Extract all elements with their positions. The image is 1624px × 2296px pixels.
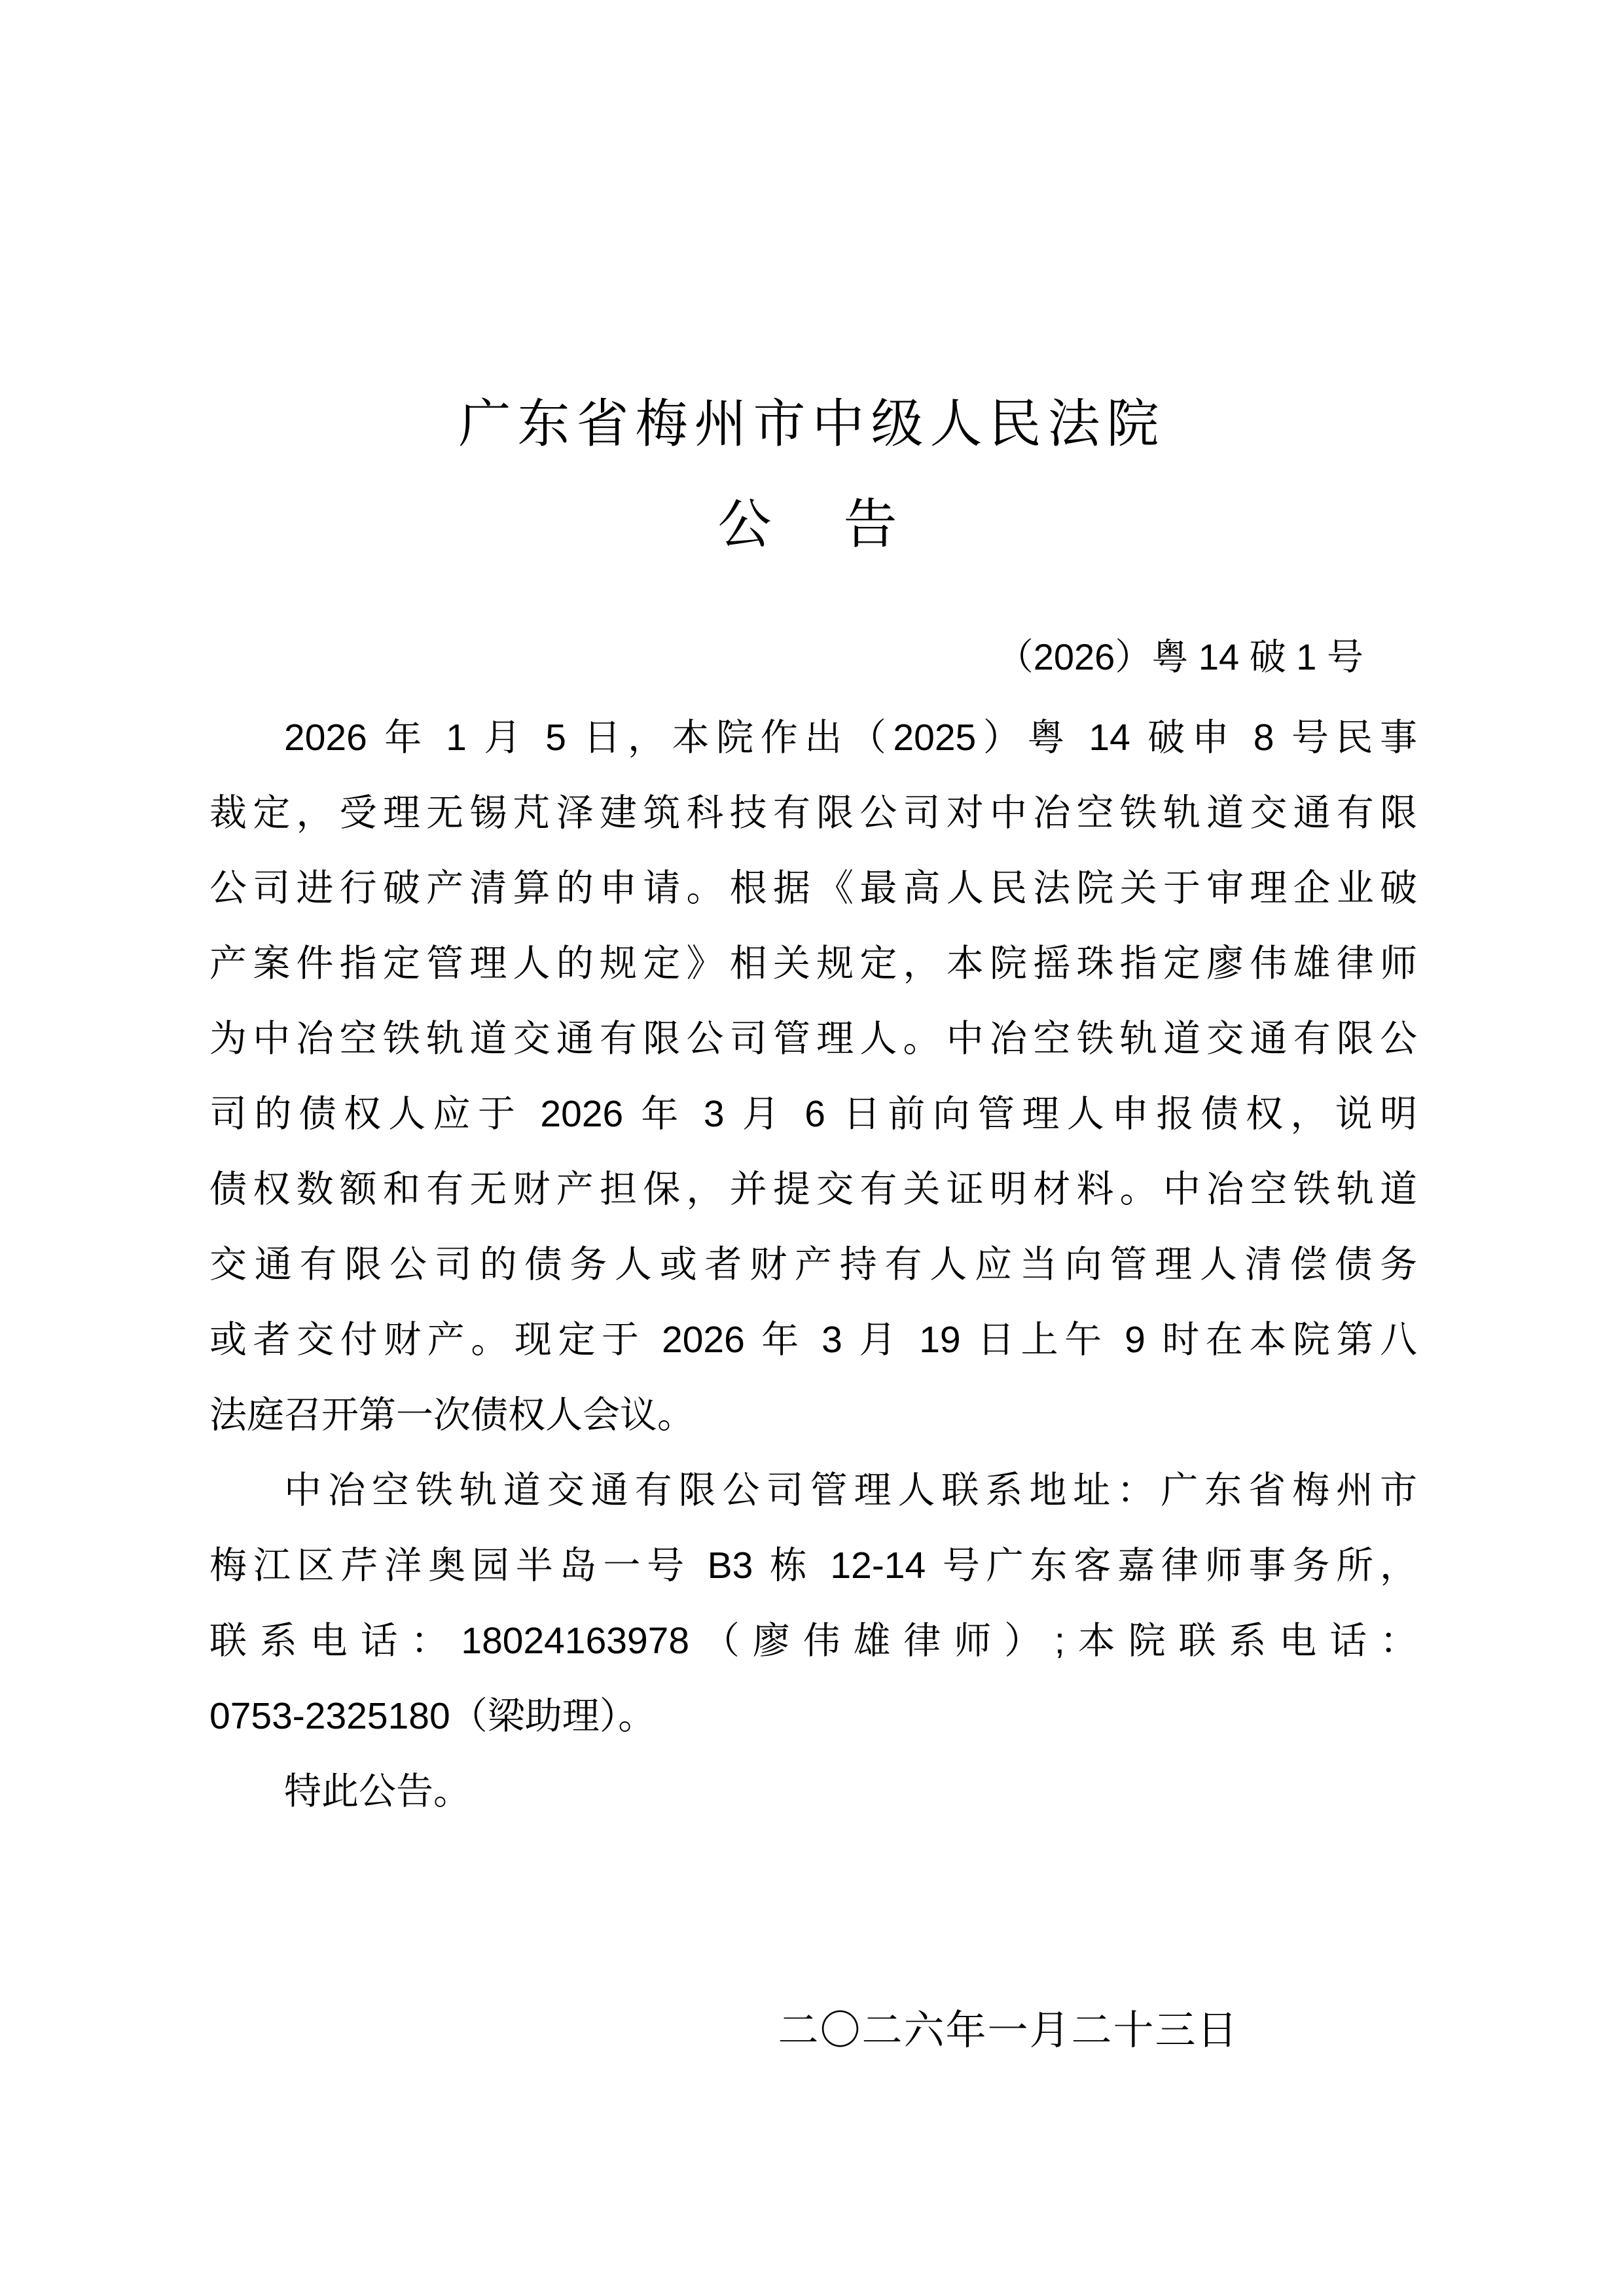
doc-type-title: 公 告 <box>0 492 1624 558</box>
body-line: 交通有限公司的债务人或者财产持有人应当向管理人清偿债务 <box>209 1227 1417 1302</box>
body-line: 公司进行破产清算的申请。根据《最高人民法院关于审理企业破 <box>209 851 1417 926</box>
body-line: 中冶空铁轨道交通有限公司管理人联系地址：广东省梅州市 <box>209 1453 1417 1528</box>
body-line: 法庭召开第一次债权人会议。 <box>209 1378 1417 1453</box>
case-number: （2026）粤 14 破 1 号 <box>0 634 1363 681</box>
body-line: 2026 年 1 月 5 日，本院作出（2025）粤 14 破申 8 号民事 <box>209 700 1417 776</box>
body-line: 裁定，受理无锡芃泽建筑科技有限公司对中冶空铁轨道交通有限 <box>209 776 1417 851</box>
announcement-page: 广东省梅州市中级人民法院 公 告 （2026）粤 14 破 1 号 2026 年… <box>0 0 1624 2296</box>
body-line: 司的债权人应于 2026 年 3 月 6 日前向管理人申报债权，说明 <box>209 1077 1417 1152</box>
court-title: 广东省梅州市中级人民法院 <box>0 391 1624 457</box>
body-line: 梅江区芹洋奥园半岛一号 B3 栋 12-14 号广东客嘉律师事务所， <box>209 1528 1417 1604</box>
body-line: 0753-2325180（梁助理）。 <box>209 1679 1417 1754</box>
closing-date: 二〇二六年一月二十三日 <box>393 2005 1624 2055</box>
body-line: 或者交付财产。现定于 2026 年 3 月 19 日上午 9 时在本院第八 <box>209 1302 1417 1378</box>
body-line: 联系电话：18024163978（廖伟雄律师）;本院联系电话： <box>209 1604 1417 1679</box>
body-line: 债权数额和有无财产担保，并提交有关证明材料。中冶空铁轨道 <box>209 1152 1417 1227</box>
body-line: 为中冶空铁轨道交通有限公司管理人。中冶空铁轨道交通有限公 <box>209 1001 1417 1077</box>
body-line: 特此公告。 <box>209 1754 1417 1829</box>
announcement-body: 2026 年 1 月 5 日，本院作出（2025）粤 14 破申 8 号民事 裁… <box>209 700 1417 1829</box>
body-line: 产案件指定管理人的规定》相关规定，本院摇珠指定廖伟雄律师 <box>209 926 1417 1001</box>
